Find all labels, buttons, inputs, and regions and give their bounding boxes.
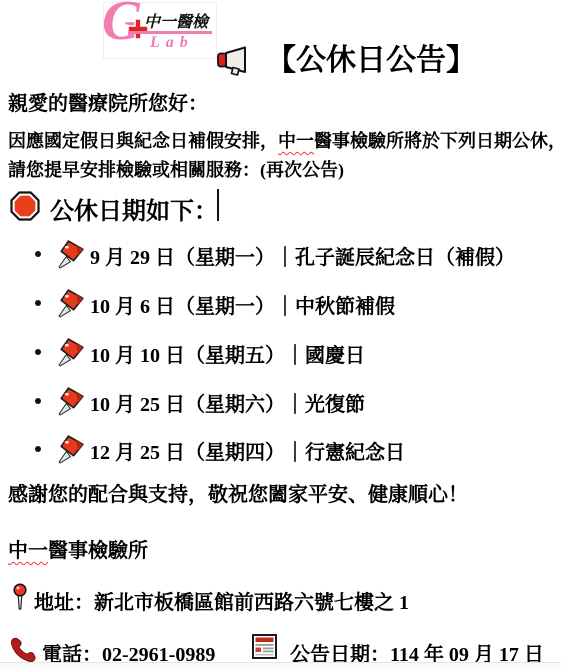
bullet-icon [35, 300, 41, 306]
org-rest: 醫事檢驗所 [48, 540, 148, 562]
holiday-text: 12 月 25 日（星期四）｜行憲紀念日 [90, 436, 405, 465]
org-misspelled: 中一 [8, 540, 48, 562]
logo-lab-text: Lab [150, 34, 194, 52]
organization-name: 中一醫事檢驗所 [8, 534, 148, 563]
location-pin-icon [12, 583, 28, 611]
text-cursor[interactable] [217, 189, 219, 221]
bullet-icon [35, 349, 41, 355]
closing-text: 感謝您的配合與支持，敬祝您闔家平安、健康順心！ [8, 478, 468, 507]
megaphone-icon [216, 46, 249, 77]
phone-icon [7, 635, 36, 662]
pushpin-icon [58, 289, 85, 318]
announcement-document: G 中一醫檢 Lab 【公休日公告】 親愛的醫療院所您好： 因應國定假日與紀念日… [0, 0, 561, 669]
bottom-bar [0, 662, 561, 669]
holiday-text: 10 月 10 日（星期五）｜國慶日 [90, 339, 365, 368]
address-text: 地址：新北市板橋區館前西路六號七樓之 1 [34, 586, 409, 615]
intro-line-2: 請您提早安排檢驗或相關服務：(再次公告) [8, 156, 344, 182]
bullet-icon [35, 398, 41, 404]
stop-octagon-icon [10, 191, 40, 221]
page-title: 【公休日公告】 [266, 44, 476, 78]
bullet-icon [35, 446, 41, 452]
logo-brand-chinese: 中一醫檢 [144, 9, 208, 32]
greeting-text: 親愛的醫療院所您好： [8, 87, 208, 116]
holiday-text: 9 月 29 日（星期一）｜孔子誕辰紀念日（補假） [90, 241, 515, 270]
intro-line-1-misspelled: 中一 [278, 131, 314, 151]
holiday-text: 10 月 25 日（星期六）｜光復節 [90, 388, 365, 417]
holiday-row: 9 月 29 日（星期一）｜孔子誕辰紀念日（補假） [0, 240, 561, 270]
holiday-row: 10 月 10 日（星期五）｜國慶日 [0, 338, 561, 368]
intro-line-1-pre: 因應國定假日與紀念日補假安排， [8, 131, 278, 151]
pushpin-icon [58, 435, 85, 464]
holiday-row: 10 月 25 日（星期六）｜光復節 [0, 387, 561, 417]
pushpin-icon [58, 240, 85, 269]
holiday-text: 10 月 6 日（星期一）｜中秋節補假 [90, 290, 395, 319]
section-heading: 公休日期如下： [50, 191, 218, 226]
company-logo: G 中一醫檢 Lab [103, 2, 217, 59]
intro-line-1-post: 醫事檢驗所將於下列日期公休， [314, 131, 561, 151]
announcement-date-icon [252, 634, 277, 659]
bullet-icon [35, 251, 41, 257]
holiday-row: 10 月 6 日（星期一）｜中秋節補假 [0, 289, 561, 319]
pushpin-icon [58, 387, 85, 416]
pushpin-icon [58, 338, 85, 367]
holiday-row: 12 月 25 日（星期四）｜行憲紀念日 [0, 435, 561, 465]
intro-line-1: 因應國定假日與紀念日補假安排，中一醫事檢驗所將於下列日期公休， [8, 127, 561, 153]
